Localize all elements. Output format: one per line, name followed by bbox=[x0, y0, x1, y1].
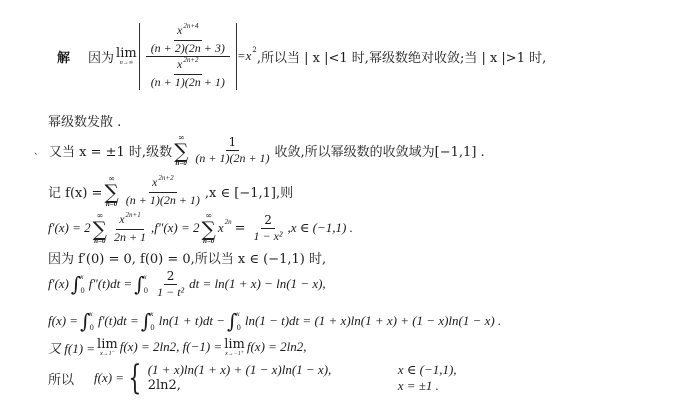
term-n: x2n+2 (n + 1)(2n + 1) bbox=[148, 57, 228, 90]
sum-symbol: ∞ ∑ n=0 bbox=[104, 175, 118, 208]
solution-line-10: 所以 f(x) = { (1 + x)ln(1 + x) + (1 − x)ln… bbox=[48, 359, 457, 397]
sum-symbol: ∞ ∑ n=0 bbox=[174, 134, 188, 167]
piecewise-cases: (1 + x)ln(1 + x) + (1 − x)ln(1 − x), x ∈… bbox=[148, 362, 457, 394]
solution-line-8: f(x) = ∫ x0 f′(t)dt = ∫ x0 ln(1 + t)dt −… bbox=[48, 307, 501, 335]
integral-symbol-2: ∫ x0 bbox=[141, 310, 157, 332]
series-fraction: 1 (n + 1)(2n + 1) bbox=[192, 135, 272, 166]
integral-symbol: ∫ x0 bbox=[71, 273, 87, 295]
integral-symbol-3: ∫ x0 bbox=[227, 310, 243, 332]
sum-symbol-2: ∞ ∑ n=0 bbox=[202, 212, 216, 245]
case-row: (1 + x)ln(1 + x) + (1 − x)ln(1 − x), x ∈… bbox=[148, 362, 457, 378]
solution-line-5: f′(x) = 2 ∞ ∑ n=0 x2n+1 2n + 1 ,f″(x) = … bbox=[48, 208, 353, 248]
term-n-plus-1: x2n+4 (n + 2)(2n + 3) bbox=[148, 23, 228, 56]
case-row: 2ln2, x = ±1 . bbox=[148, 378, 457, 394]
ratio-fraction: x2n+4 (n + 2)(2n + 3) x2n+2 (n + 1)(2n +… bbox=[146, 23, 230, 90]
derivative-fraction: x2n+1 2n + 1 bbox=[111, 212, 149, 245]
solution-line-6: 因为 f′(0) = 0, f(0) = 0,所以当 x ∈ (−1,1) 时, bbox=[48, 248, 326, 267]
left-brace: { bbox=[128, 361, 141, 395]
limit-expression: lim n→∞ bbox=[116, 47, 137, 66]
integral-symbol: ∫ x0 bbox=[80, 310, 96, 332]
solution-line-3: 、 又当 x = ±1 时,级数 ∞ ∑ n=0 1 (n + 1)(2n + … bbox=[34, 130, 485, 170]
left-limit: lim x→1⁻ bbox=[97, 338, 118, 357]
integral-symbol-2: ∫ x0 bbox=[134, 273, 150, 295]
series-fraction: x2n+2 (n + 1)(2n + 1) bbox=[123, 175, 203, 208]
line1-text: ,所以当 | x |<1 时,幂级数绝对收敛;当 | x |>1 时, bbox=[257, 47, 546, 66]
solution-line-1: 解 因为 lim n→∞ x2n+4 (n + 2)(2n + 3) x2n+2… bbox=[57, 18, 546, 94]
solution-label: 解 bbox=[57, 47, 70, 66]
line1-prefix: 因为 bbox=[88, 47, 114, 66]
solution-line-9: 又 f(1) = lim x→1⁻ f(x) = 2ln2, f(−1) = l… bbox=[48, 336, 307, 358]
bullet-mark: 、 bbox=[34, 144, 43, 157]
right-limit: lim x→−1⁺ bbox=[224, 338, 245, 357]
geometric-sum-fraction: 2 1 − x² bbox=[251, 213, 286, 244]
integrand-fraction: 2 1 − t² bbox=[154, 269, 187, 300]
solution-line-2: 幂级数发散 . bbox=[48, 111, 121, 130]
solution-line-4: 记 f(x) = ∞ ∑ n=0 x2n+2 (n + 1)(2n + 1) ,… bbox=[48, 171, 293, 211]
solution-line-7: f′(x) ∫ x0 f″(t)dt = ∫ x0 2 1 − t² dt = … bbox=[48, 266, 326, 302]
ratio-absolute-value: x2n+4 (n + 2)(2n + 3) x2n+2 (n + 1)(2n +… bbox=[139, 23, 237, 90]
sum-symbol: ∞ ∑ n=0 bbox=[93, 212, 107, 245]
